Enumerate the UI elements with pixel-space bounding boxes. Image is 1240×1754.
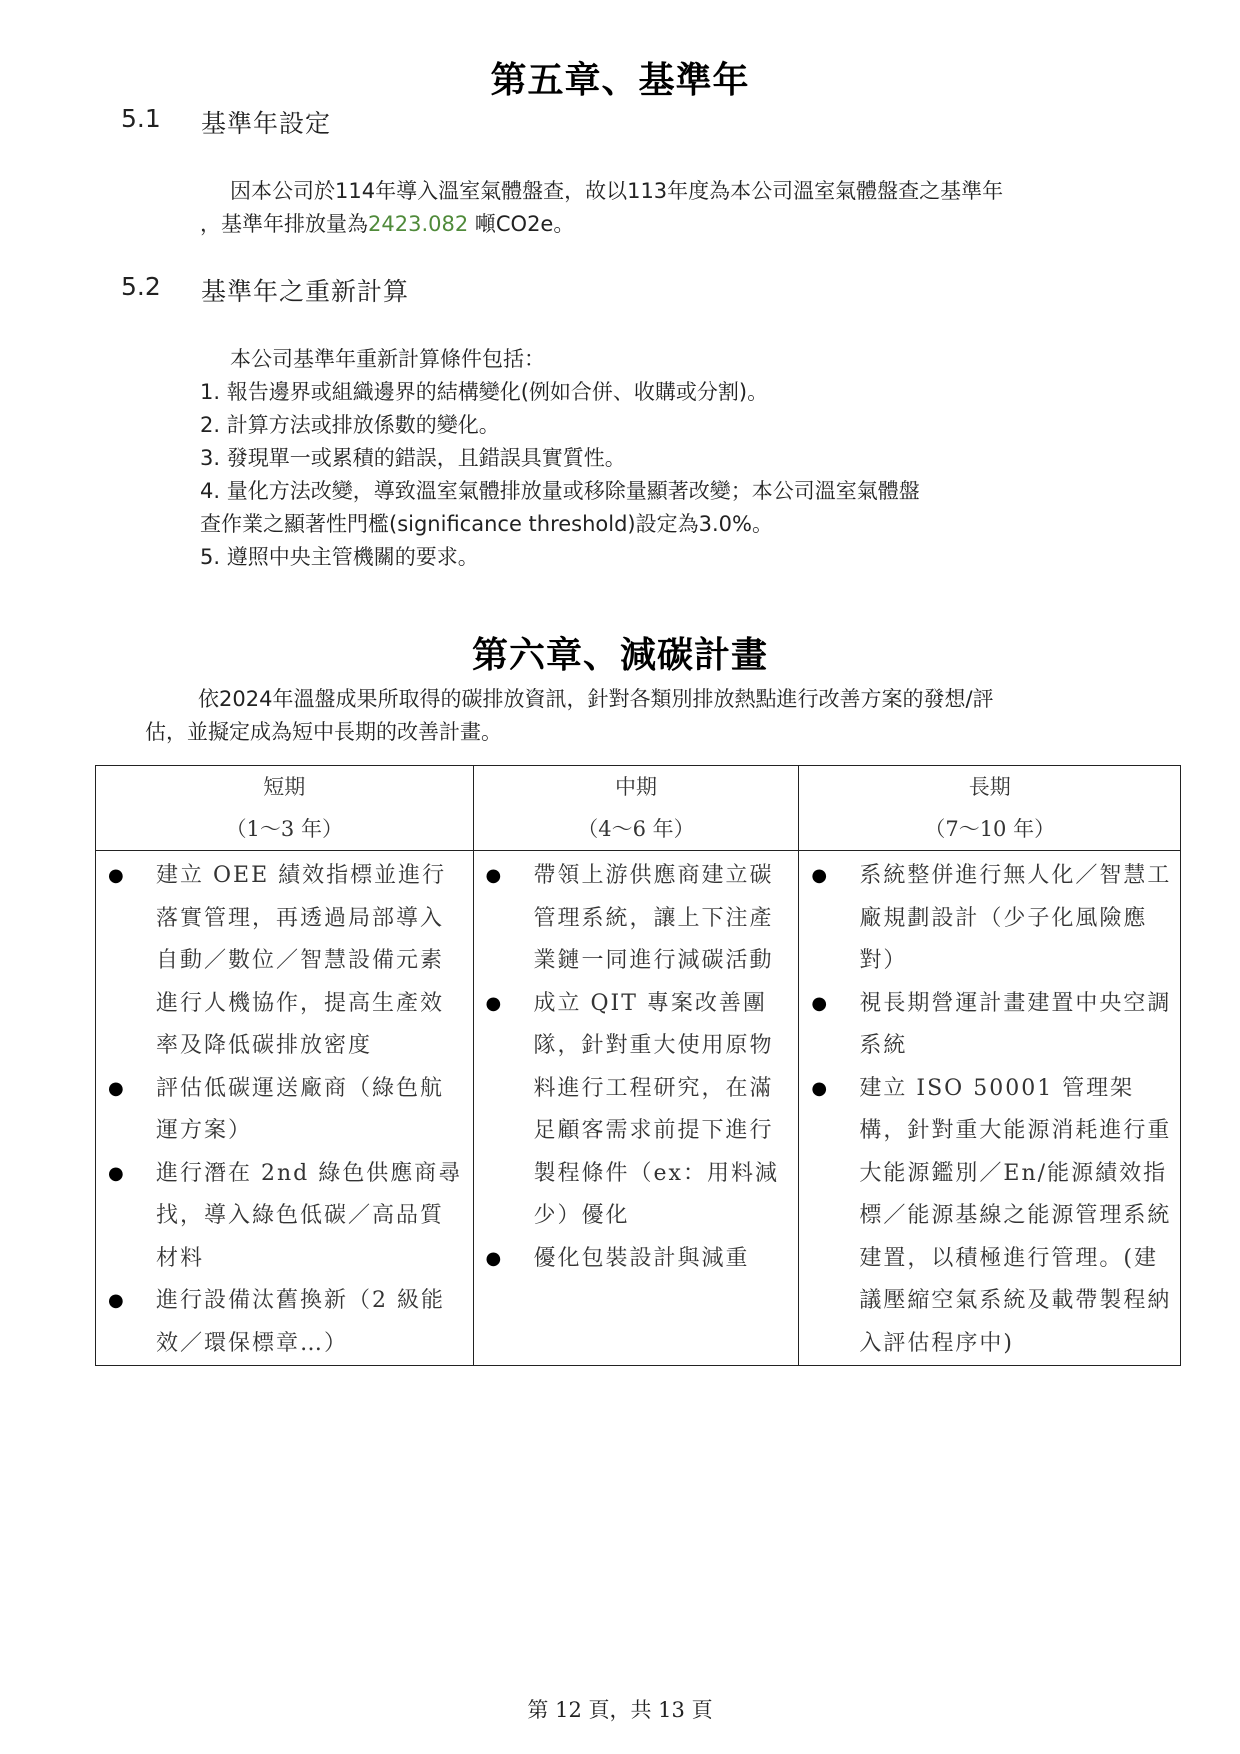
list-item: ●進行潛在 2nd 綠色供應商尋找，導入綠色低碳／高品質材料 bbox=[96, 1153, 473, 1281]
cell-mid-term: ●帶領上游供應商建立碳管理系統，讓上下注產業鏈一同進行減碳活動 ●成立 QIT … bbox=[473, 851, 799, 1366]
list-item: ●建立 OEE 績效指標並進行落實管理，再透過局部導入自動／數位／智慧設備元素進… bbox=[96, 855, 473, 1068]
list-item: ●建立 ISO 50001 管理架構，針對重大能源消耗進行重大能源鑑別／En/能… bbox=[799, 1068, 1180, 1366]
list-item: ●進行設備汰舊換新（2 級能效／環保標章…） bbox=[96, 1280, 473, 1365]
base-year-paragraph-line1: 因本公司於114年導入溫室氣體盤查，故以113年度為本公司溫室氣體盤查之基準年 bbox=[230, 175, 1003, 208]
recalc-condition-4: 4. 量化方法改變，導致溫室氣體排放量或移除量顯著改變；本公司溫室氣體盤 bbox=[200, 475, 920, 508]
section-5-1-number: 5.1 bbox=[121, 104, 161, 133]
section-5-2-title: 基準年之重新計算 bbox=[201, 272, 409, 308]
reduction-plan-table: 短期 （1～3 年） 中期 （4～6 年） 長期 （7～10 年） ●建立 OE… bbox=[95, 765, 1181, 1366]
emission-unit: 噸CO2e。 bbox=[468, 212, 574, 236]
recalc-condition-5: 5. 遵照中央主管機關的要求。 bbox=[200, 541, 479, 574]
bullet-icon: ● bbox=[108, 1068, 126, 1111]
bullet-icon: ● bbox=[486, 983, 504, 1026]
bullet-icon: ● bbox=[486, 855, 504, 898]
bullet-icon: ● bbox=[811, 983, 829, 1026]
cell-short-term: ●建立 OEE 績效指標並進行落實管理，再透過局部導入自動／數位／智慧設備元素進… bbox=[96, 851, 474, 1366]
recalc-condition-1: 1. 報告邊界或組織邊界的結構變化(例如合併、收購或分割)。 bbox=[200, 376, 768, 409]
cell-long-term: ●系統整併進行無人化／智慧工廠規劃設計（少子化風險應對） ●視長期營運計畫建置中… bbox=[799, 851, 1181, 1366]
list-item: ●成立 QIT 專案改善團隊，針對重大使用原物料進行工程研究，在滿足顧客需求前提… bbox=[474, 983, 799, 1238]
bullet-icon: ● bbox=[108, 855, 126, 898]
bullet-icon: ● bbox=[108, 1153, 126, 1196]
header-range: （4～6 年） bbox=[474, 808, 799, 850]
emission-value: 2423.082 bbox=[368, 212, 468, 236]
bullet-icon: ● bbox=[811, 1068, 829, 1111]
header-label: 長期 bbox=[799, 766, 1180, 808]
recalc-condition-4-cont: 查作業之顯著性門檻(significance threshold)設定為3.0%… bbox=[200, 508, 773, 541]
reduction-intro-line2: 估，並擬定成為短中長期的改善計畫。 bbox=[145, 716, 502, 749]
list-item: ●帶領上游供應商建立碳管理系統，讓上下注產業鏈一同進行減碳活動 bbox=[474, 855, 799, 983]
list-item: ●系統整併進行無人化／智慧工廠規劃設計（少子化風險應對） bbox=[799, 855, 1180, 983]
header-range: （1～3 年） bbox=[96, 808, 473, 850]
page-number-footer: 第 12 頁，共 13 頁 bbox=[0, 1694, 1240, 1724]
header-range: （7～10 年） bbox=[799, 808, 1180, 850]
recalc-intro: 本公司基準年重新計算條件包括： bbox=[230, 343, 545, 376]
table-header-row: 短期 （1～3 年） 中期 （4～6 年） 長期 （7～10 年） bbox=[96, 766, 1181, 851]
reduction-intro-line1: 依2024年溫盤成果所取得的碳排放資訊，針對各類別排放熱點進行改善方案的發想/評 bbox=[198, 683, 994, 716]
header-label: 中期 bbox=[474, 766, 799, 808]
section-5-1-title: 基準年設定 bbox=[201, 104, 331, 140]
base-year-paragraph-line2: ，基準年排放量為2423.082 噸CO2e。 bbox=[200, 208, 574, 241]
header-short-term: 短期 （1～3 年） bbox=[96, 766, 474, 851]
table-row: ●建立 OEE 績效指標並進行落實管理，再透過局部導入自動／數位／智慧設備元素進… bbox=[96, 851, 1181, 1366]
header-long-term: 長期 （7～10 年） bbox=[799, 766, 1181, 851]
list-item: ●優化包裝設計與減重 bbox=[474, 1238, 799, 1281]
section-5-2-number: 5.2 bbox=[121, 272, 161, 301]
bullet-icon: ● bbox=[486, 1238, 504, 1281]
chapter-6-title: 第六章、減碳計畫 bbox=[0, 627, 1240, 678]
list-item: ●評估低碳運送廠商（綠色航運方案） bbox=[96, 1068, 473, 1153]
recalc-condition-2: 2. 計算方法或排放係數的變化。 bbox=[200, 409, 500, 442]
emission-label: ，基準年排放量為 bbox=[200, 212, 368, 236]
bullet-icon: ● bbox=[108, 1280, 126, 1323]
chapter-5-title: 第五章、基準年 bbox=[0, 52, 1240, 103]
list-item: ●視長期營運計畫建置中央空調系統 bbox=[799, 983, 1180, 1068]
recalc-condition-3: 3. 發現單一或累積的錯誤，且錯誤具實質性。 bbox=[200, 442, 626, 475]
header-mid-term: 中期 （4～6 年） bbox=[473, 766, 799, 851]
header-label: 短期 bbox=[96, 766, 473, 808]
bullet-icon: ● bbox=[811, 855, 829, 898]
